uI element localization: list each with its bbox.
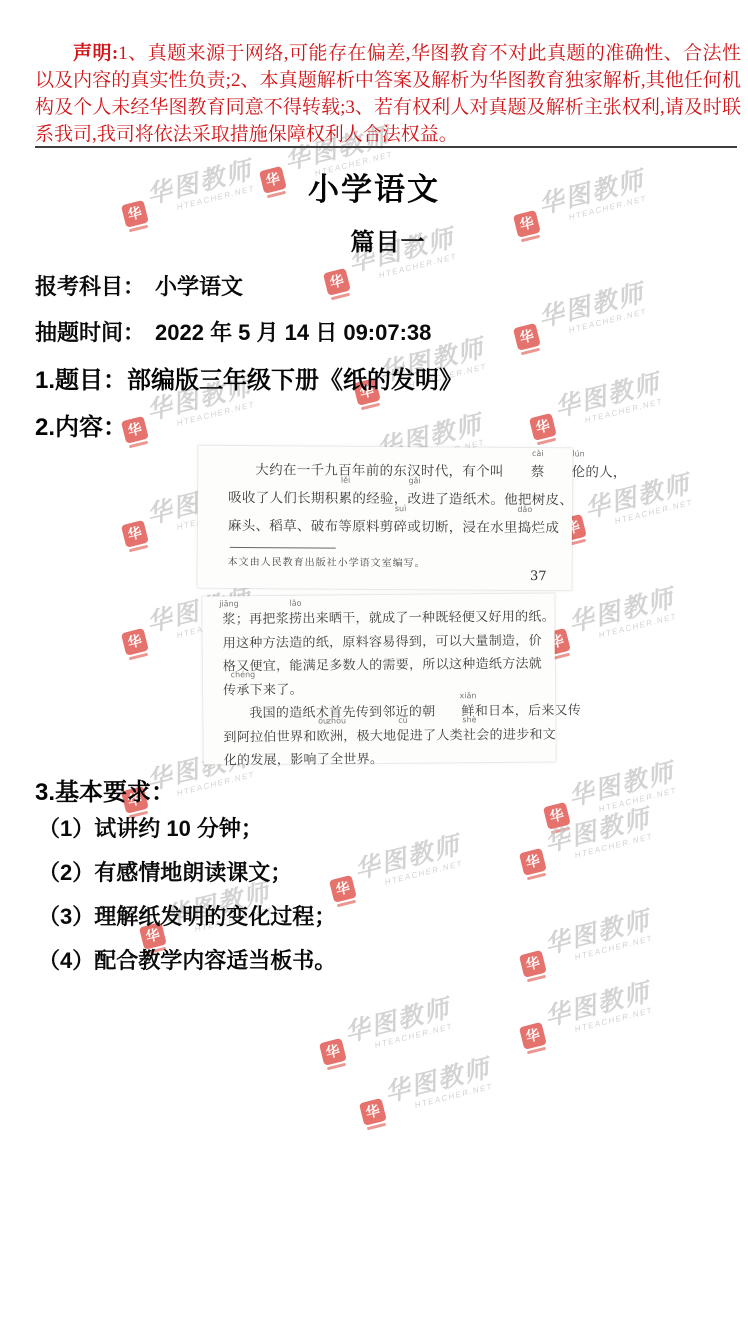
subject-value: 小学语文 [155,274,243,299]
watermark-domain-text: HTEACHER.NET [349,1016,479,1057]
watermark-text: 华图教师 [542,901,676,958]
watermark-text: 华图教师 [382,1049,516,1106]
scan2-text-block: jiāng浆；再把浆lāo捞出来晒干，就成了一种既轻便又好用的纸。用这种方法造的… [222,606,540,773]
watermark-domain-text: HTEACHER.NET [543,301,673,342]
requirement-item: （2）有感情地朗读课文； [38,858,336,902]
exam-document-page: 华华图教师HTEACHER.NET华华图教师HTEACHER.NET华华图教师H… [0,0,748,1335]
scan-text-line: 大约在一千九百年前的东汉时代，有个叫cài蔡lún伦的人， [228,456,560,486]
huatu-watermark: 华华图教师HTEACHER.NET [355,1049,521,1130]
watermark-domain-text: HTEACHER.NET [549,826,679,867]
requirements-list: （1）试讲约 10 分钟；（2）有感情地朗读课文；（3）理解纸发明的变化过程；（… [38,814,336,990]
page-title: 小学语文 [0,164,748,209]
huatu-logo-icon: 华 [121,520,150,553]
annotated-character: lěi累 [338,485,352,513]
disclaimer-body: 1、真题来源于网络,可能存在偏差,华图教育不对此真题的准确性、合法性以及内容的真… [35,43,741,145]
annotated-character: lún伦 [544,458,585,486]
pinyin-annotation: cù [398,716,408,724]
huatu-logo-icon: 华 [359,1098,388,1131]
scan-text-line: 格又便宜，能满足多数人的需要，所以这种造纸方法就 [223,653,540,679]
watermark-text: 华图教师 [342,989,476,1046]
huatu-logo-icon: 华 [543,802,572,835]
scan-text-line: 到阿拉伯世界和ōu欧zhōu洲，极大地cù促进了人类shè社会的进步和文 [223,723,540,749]
topic-label: 1.题目： [35,367,127,394]
pinyin-annotation: chéng [231,671,256,679]
scan-text-line: 麻头、稻草、破布等原料剪suì碎或切断，浸在水里dǎo捣烂成 [228,512,560,542]
huatu-watermark: 华华图教师HTEACHER.NET [509,274,675,355]
huatu-watermark: 华华图教师HTEACHER.NET [515,973,681,1054]
scan-text-line: 我国的造纸术首先传到邻近的朝xiǎn鲜和日本，后来又传 [223,700,540,726]
disclaimer-text: 声明:1、真题来源于网络,可能存在偏差,华图教育不对此真题的准确性、合法性以及内… [35,40,741,148]
scan-text-line: 化的发展，影响了全世界。 [224,747,541,773]
huatu-logo-icon: 华 [513,323,542,356]
pinyin-annotation: cài [505,450,544,458]
watermark-text: 华图教师 [542,799,676,856]
pinyin-annotation: dǎo [517,506,532,514]
draw-time-value: 2022 年 5 月 14 日 09:07:38 [155,320,431,345]
draw-time-label: 抽题时间： [35,320,145,345]
annotated-character: cù促 [396,724,410,748]
watermark-text: 华图教师 [542,973,676,1030]
huatu-logo-icon: 华 [519,848,548,881]
watermark-domain-text: HTEACHER.NET [151,394,281,435]
requirement-item: （3）理解纸发明的变化过程； [38,902,336,946]
scan1-text-block: 大约在一千九百年前的东汉时代，有个叫cài蔡lún伦的人，吸收了人们长期积lěi… [228,456,561,542]
huatu-watermark: 华华图教师HTEACHER.NET [539,579,705,660]
divider-rule [35,146,737,148]
pinyin-annotation: lāo [289,600,301,608]
watermark-text: 华图教师 [566,579,700,636]
watermark-text: 华图教师 [552,364,686,421]
subject-row: 报考科目：小学语文 [35,270,243,301]
annotated-character: lāo捞 [289,608,303,632]
watermark-domain-text: HTEACHER.NET [549,1000,679,1041]
scan-text-line: 用这种方法造的纸，原料容易得到，可以大量制造，价 [223,629,540,655]
draw-time-row: 抽题时间：2022 年 5 月 14 日 09:07:38 [35,316,431,347]
scan-text-line: jiāng浆；再把浆lāo捞出来晒干，就成了一种既轻便又好用的纸。 [222,606,539,632]
huatu-watermark: 华华图教师HTEACHER.NET [515,901,681,982]
watermark-domain-text: HTEACHER.NET [549,928,679,969]
footnote-rule [230,547,336,549]
huatu-logo-icon: 华 [121,628,150,661]
disclaimer-label: 声明: [73,43,118,64]
annotated-character: zhōu洲 [330,725,344,749]
pinyin-annotation: shè [462,716,476,724]
pinyin-annotation: xiǎn [434,692,477,700]
huatu-watermark: 华华图教师HTEACHER.NET [515,799,681,880]
page-subtitle: 篇目一 [14,222,748,257]
huatu-logo-icon: 华 [519,950,548,983]
huatu-watermark: 华华图教师HTEACHER.NET [315,989,481,1070]
annotated-character: ōu欧 [317,725,331,749]
huatu-watermark: 华华图教师HTEACHER.NET [539,753,705,834]
watermark-domain-text: HTEACHER.NET [573,606,703,647]
huatu-logo-icon: 华 [323,268,352,301]
requirement-item: （1）试讲约 10 分钟； [38,814,336,858]
watermark-domain-text: HTEACHER.NET [389,1076,519,1117]
scan-page-number: 37 [530,569,547,584]
pinyin-annotation: zhōu [327,717,346,725]
topic-value: 部编版三年级下册《纸的发明》 [127,367,463,394]
annotated-character: jiāng浆 [222,608,236,632]
huatu-logo-icon: 华 [529,413,558,446]
annotated-character: suì碎 [393,513,407,541]
textbook-scan-page-1: 大约在一千九百年前的东汉时代，有个叫cài蔡lún伦的人，吸收了人们长期积lěi… [198,446,573,591]
watermark-domain-text: HTEACHER.NET [589,492,719,533]
scan-text-line: 传chéng承下来了。 [223,676,540,702]
watermark-domain-text: HTEACHER.NET [559,391,689,432]
textbook-scan-page-2: jiāng浆；再把浆lāo捞出来晒干，就成了一种既轻便又好用的纸。用这种方法造的… [202,593,555,764]
pinyin-annotation: suì [395,505,407,513]
huatu-watermark: 华华图教师HTEACHER.NET [525,364,691,445]
pinyin-annotation: lěi [341,477,350,485]
pinyin-annotation: lún [545,450,584,458]
huatu-watermark: 华华图教师HTEACHER.NET [325,826,491,907]
annotated-character: gǎi改 [407,485,421,513]
watermark-text: 华图教师 [566,753,700,810]
annotated-character: cài蔡 [504,458,545,486]
watermark-text: 华图教师 [352,826,486,883]
watermark-domain-text: HTEACHER.NET [573,780,703,821]
huatu-logo-icon: 华 [319,1038,348,1071]
requirement-item: （4）配合教学内容适当板书。 [38,946,336,990]
scan-footnote: 本文由人民教育出版社小学语文室编写。 [228,553,560,570]
topic-heading: 1.题目：部编版三年级下册《纸的发明》 [35,360,463,395]
annotated-character: dǎo捣 [518,514,532,542]
requirements-heading: 3.基本要求： [35,772,175,807]
subject-label: 报考科目： [35,274,145,299]
content-heading: 2.内容： [35,407,127,442]
watermark-domain-text: HTEACHER.NET [359,853,489,894]
annotated-character: chéng承 [236,679,250,703]
watermark-text: 华图教师 [536,274,670,331]
huatu-logo-icon: 华 [519,1022,548,1055]
pinyin-annotation: jiāng [219,600,239,608]
pinyin-annotation: gǎi [408,477,420,485]
annotated-character: shè社 [463,724,477,748]
